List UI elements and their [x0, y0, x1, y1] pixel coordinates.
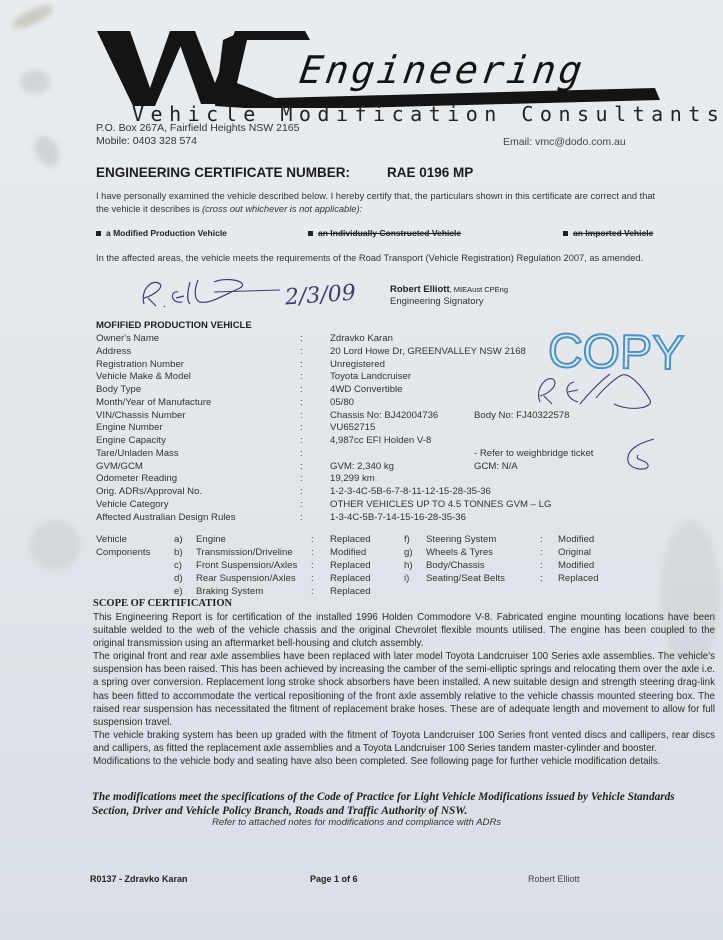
spec-colon: : — [300, 397, 303, 408]
option-imported: an Imported Vehicle — [563, 228, 653, 238]
spec-value: Unregistered — [330, 359, 385, 370]
footer-page-number: Page 1 of 6 — [310, 874, 358, 884]
component-name: Wheels & Tyres — [426, 547, 493, 558]
spec-colon: : — [300, 422, 303, 433]
component-status: Replaced — [330, 586, 371, 597]
spec-value: GVM: 2,340 kg — [330, 461, 394, 472]
component-status: Replaced — [558, 573, 599, 584]
component-colon: : — [540, 547, 543, 558]
component-name: Engine — [196, 534, 226, 545]
initials-signature-icon — [530, 368, 670, 416]
spec-value: 20 Lord Howe Dr, GREENVALLEY NSW 2168 — [330, 346, 526, 357]
spec-value-secondary: - Refer to weighbridge ticket — [474, 448, 593, 459]
component-colon: : — [311, 573, 314, 584]
email-address: Email: vmc@dodo.com.au — [503, 136, 626, 148]
component-key: d) — [174, 573, 183, 584]
code-of-practice-note: The modifications meet the specification… — [92, 791, 712, 818]
component-name: Steering System — [426, 534, 496, 545]
component-status: Replaced — [330, 560, 371, 571]
spec-value: 4WD Convertible — [330, 384, 403, 395]
bullet-square-icon — [96, 231, 101, 236]
postal-address: P.O. Box 267A, Fairfield Heights NSW 216… — [96, 122, 300, 134]
signatory-name: Robert Elliott, MIEAust CPEng — [390, 284, 508, 295]
spec-value: Zdravko Karan — [330, 333, 393, 344]
component-name: Braking System — [196, 586, 263, 597]
scope-title: SCOPE OF CERTIFICATION — [93, 598, 232, 609]
spec-colon: : — [300, 346, 303, 357]
component-colon: : — [540, 534, 543, 545]
spec-colon: : — [300, 512, 303, 523]
component-key: i) — [404, 573, 409, 584]
certificate-number: RAE 0196 MP — [387, 165, 473, 180]
component-status: Modified — [330, 547, 366, 558]
component-name: Transmission/Driveline — [196, 547, 293, 558]
spec-colon: : — [300, 359, 303, 370]
mobile-number: Mobile: 0403 328 574 — [96, 135, 197, 147]
component-status: Original — [558, 547, 591, 558]
component-colon: : — [311, 560, 314, 571]
component-key: a) — [174, 534, 183, 545]
scope-paragraph: Modifications to the vehicle body and se… — [93, 755, 715, 768]
scope-paragraph: The original front and rear axle assembl… — [93, 650, 715, 729]
component-key: e) — [174, 586, 183, 597]
component-name: Seating/Seat Belts — [426, 573, 505, 584]
components-label-1: Vehicle — [96, 534, 127, 545]
spec-value: Toyota Landcruiser — [330, 371, 411, 382]
component-status: Replaced — [330, 573, 371, 584]
spec-label: Owner's Name — [96, 333, 159, 344]
refer-note: Refer to attached notes for modification… — [212, 817, 501, 828]
signatory-role: Engineering Signatory — [390, 296, 483, 307]
spec-colon: : — [300, 435, 303, 446]
vehicle-section-title: MOFIFIED PRODUCTION VEHICLE — [96, 320, 252, 331]
component-name: Body/Chassis — [426, 560, 485, 571]
handwritten-mark-icon — [620, 435, 670, 475]
component-key: h) — [404, 560, 413, 571]
certificate-title: ENGINEERING CERTIFICATE NUMBER: — [96, 165, 350, 180]
spec-value-secondary: GCM: N/A — [474, 461, 518, 472]
spec-colon: : — [300, 333, 303, 344]
spec-label: Engine Capacity — [96, 435, 166, 446]
spec-colon: : — [300, 486, 303, 497]
components-label-2: Components — [96, 547, 150, 558]
spec-value: 1-2-3-4C-5B-6-7-8-11-12-15-28-35-36 — [330, 486, 491, 497]
component-key: f) — [404, 534, 410, 545]
spec-value: OTHER VEHICLES UP TO 4.5 TONNES GVM – LG — [330, 499, 551, 510]
component-colon: : — [540, 573, 543, 584]
bullet-square-icon — [563, 231, 568, 236]
scope-paragraph: This Engineering Report is for certifica… — [93, 611, 715, 650]
spec-label: Registration Number — [96, 359, 184, 370]
footer-reference: R0137 - Zdravko Karan — [90, 874, 188, 884]
intro-italic: (cross out whichever is not applicable): — [202, 204, 362, 214]
brand-word: Engineering — [297, 48, 588, 92]
component-name: Front Suspension/Axles — [196, 560, 297, 571]
compliance-statement: In the affected areas, the vehicle meets… — [96, 252, 656, 265]
spec-colon: : — [300, 499, 303, 510]
spec-colon: : — [300, 384, 303, 395]
spec-label: Orig. ADRs/Approval No. — [96, 486, 202, 497]
scope-paragraph: The vehicle braking system has been up g… — [93, 729, 715, 755]
certification-intro: I have personally examined the vehicle d… — [96, 190, 656, 215]
component-key: c) — [174, 560, 182, 571]
spec-label: GVM/GCM — [96, 461, 143, 472]
component-status: Modified — [558, 534, 594, 545]
option-modified-production: a Modified Production Vehicle — [96, 228, 227, 238]
option-individually-constructed: an Individually Constructed Vehicle — [308, 228, 461, 238]
spec-value: 19,299 km — [330, 473, 375, 484]
component-key: g) — [404, 547, 413, 558]
signature-date: 2/3/09 — [284, 281, 356, 311]
spec-value: VU652715 — [330, 422, 375, 433]
paper-smudge — [29, 132, 64, 171]
component-colon: : — [311, 547, 314, 558]
spec-colon: : — [300, 461, 303, 472]
component-status: Modified — [558, 560, 594, 571]
paper-smudge — [30, 520, 80, 570]
spec-label: Odometer Reading — [96, 473, 177, 484]
footer-signatory: Robert Elliott — [528, 874, 580, 884]
spec-label: Tare/Unladen Mass — [96, 448, 179, 459]
spec-colon: : — [300, 473, 303, 484]
spec-value: Chassis No: BJ42004736 — [330, 410, 438, 421]
component-colon: : — [311, 586, 314, 597]
component-key: b) — [174, 547, 183, 558]
spec-label: VIN/Chassis Number — [96, 410, 186, 421]
spec-label: Body Type — [96, 384, 141, 395]
intro-text: I have personally examined the vehicle d… — [96, 191, 655, 214]
component-colon: : — [540, 560, 543, 571]
spec-label: Month/Year of Manufacture — [96, 397, 211, 408]
component-colon: : — [311, 534, 314, 545]
spec-label: Vehicle Category — [96, 499, 169, 510]
spec-colon: : — [300, 448, 303, 459]
spec-value: 05/80 — [330, 397, 354, 408]
scope-body: This Engineering Report is for certifica… — [93, 611, 715, 768]
spec-value: 1-3-4C-5B-7-14-15-16-28-35-36 — [330, 512, 466, 523]
spec-label: Vehicle Make & Model — [96, 371, 191, 382]
component-name: Rear Suspension/Axles — [196, 573, 296, 584]
paper-smudge — [9, 1, 56, 33]
spec-label: Address — [96, 346, 131, 357]
spec-colon: : — [300, 371, 303, 382]
component-status: Replaced — [330, 534, 371, 545]
spec-label: Engine Number — [96, 422, 163, 433]
spec-colon: : — [300, 410, 303, 421]
paper-smudge — [20, 70, 50, 94]
spec-label: Affected Australian Design Rules — [96, 512, 236, 523]
bullet-square-icon — [308, 231, 313, 236]
spec-value: 4,987cc EFI Holden V-8 — [330, 435, 431, 446]
